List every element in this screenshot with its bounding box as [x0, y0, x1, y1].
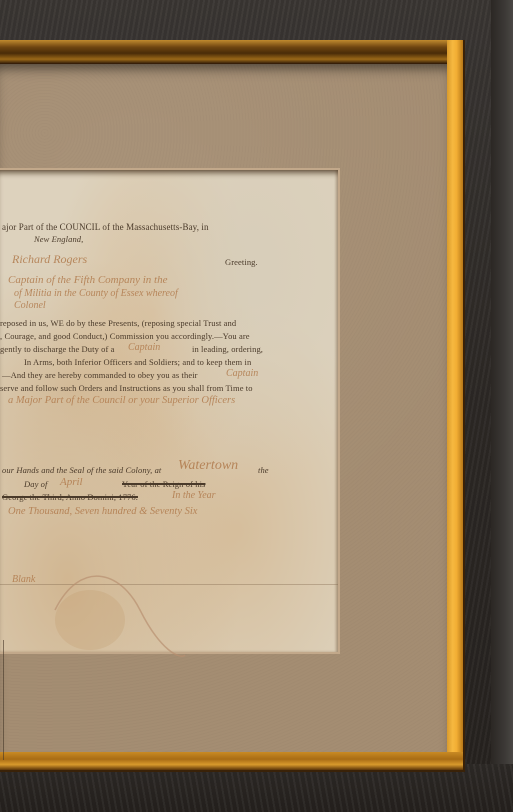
printed-line-commission: , Courage, and good Conduct,) Commission…: [0, 331, 250, 341]
struck-anno-domini-text: George the Third, Anno Domini, 1776.: [2, 492, 138, 502]
printed-line-arms: In Arms, both Inferior Officers and Sold…: [24, 357, 251, 367]
gold-liner-bottom: [0, 752, 463, 770]
printed-the: the: [258, 465, 269, 475]
handwritten-regiment-line: of Militia in the County of Essex whereo…: [14, 288, 178, 299]
seal-flourish-curve: [50, 570, 190, 660]
struck-reign-text: Year of the Reign of his: [122, 479, 205, 489]
handwritten-authority-line: a Major Part of the Council or your Supe…: [8, 395, 235, 406]
printed-line-obey: —And they are hereby commanded to obey y…: [2, 370, 198, 380]
handwritten-colonel-line: Colonel: [14, 300, 46, 311]
historical-document: ajor Part of the COUNCIL of the Massachu…: [0, 170, 338, 652]
printed-line-duty: gently to discharge the Duty of a: [0, 344, 115, 354]
handwritten-year-words: One Thousand, Seven hundred & Seventy Si…: [8, 506, 197, 517]
handwritten-margin-note: Blank: [12, 574, 35, 585]
printed-line-seal: our Hands and the Seal of the said Colon…: [2, 465, 161, 475]
printed-day-of: Day of: [24, 479, 48, 489]
frame-right-edge: [491, 0, 513, 812]
margin-bracket-line: [3, 640, 4, 760]
handwritten-year-prefix: In the Year: [172, 490, 216, 501]
handwritten-month: April: [60, 476, 83, 488]
printed-greeting: Greeting.: [225, 257, 258, 267]
handwritten-company-line: Captain of the Fifth Company in the: [8, 274, 168, 286]
handwritten-place: Watertown: [178, 458, 238, 474]
handwritten-rank-repeat: Captain: [226, 368, 258, 379]
handwritten-name: Richard Rogers: [12, 252, 87, 267]
printed-new-england: New England,: [34, 234, 83, 244]
printed-line-leading: in leading, ordering,: [192, 344, 263, 354]
printed-line-orders: serve and follow such Orders and Instruc…: [0, 383, 253, 393]
printed-line-reposing-trust: reposed in us, WE do by these Presents, …: [0, 318, 236, 328]
handwritten-rank: Captain: [128, 342, 160, 353]
printed-council-header: ajor Part of the COUNCIL of the Massachu…: [2, 222, 209, 232]
